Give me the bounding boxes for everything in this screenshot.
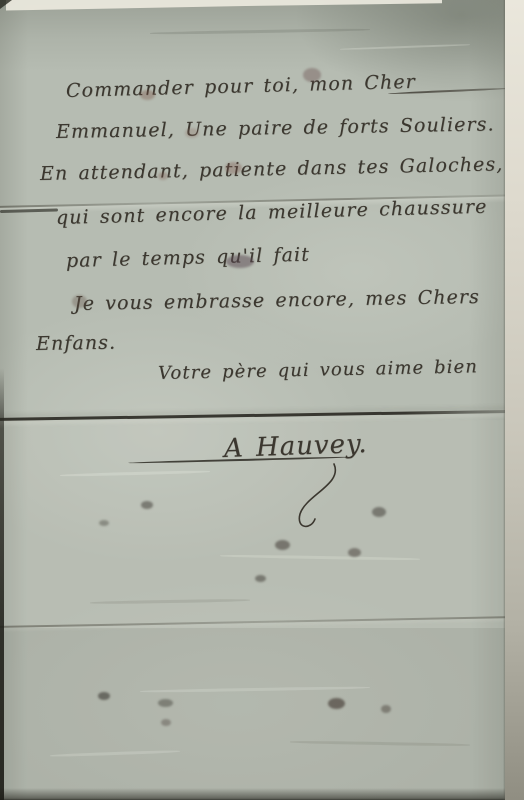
ink-stain [72,295,87,308]
letter-line-3: En attendant, patiente dans tes Galoches… [40,153,504,185]
letter-line-7: Enfans. [36,332,117,355]
ink-stain [158,172,168,180]
ink-stain [303,68,321,82]
ink-spot [141,501,153,509]
ink-spot [275,540,290,550]
page-left-edge-shadow [0,368,4,800]
ink-spot [348,548,361,557]
ink-spot [328,698,345,709]
photograph: Commander pour toi, mon Cher Emmanuel, U… [0,0,524,800]
ink-spot [98,692,110,700]
letter-line-5: par le temps qu'il fait [66,244,311,272]
ink-spot [99,520,109,526]
page-bottom-panel [0,628,524,800]
wrinkle-shadow [150,28,370,35]
ink-smudge [226,255,254,268]
signature-flourish [286,462,356,540]
ink-spot [161,719,171,726]
ink-spot [158,699,173,707]
letter-line-4: qui sont encore la meilleure chaussure [56,196,488,229]
adjacent-page-edge [505,0,524,800]
signature: A Hauvey. [223,429,368,464]
letter-closing-line: Votre père qui vous aime bien [158,356,478,384]
ink-spot [381,705,391,713]
ink-stain [185,128,199,138]
letter-line-2: Emmanuel, Une paire de forts Souliers. [56,113,495,143]
ink-spot [372,507,386,517]
fold-crease-middle [0,410,508,421]
letter-page: Commander pour toi, mon Cher Emmanuel, U… [0,0,524,800]
letter-line-6: Je vous embrasse encore, mes Chers [74,286,480,315]
ink-stain [140,90,155,100]
ink-spot [255,575,266,582]
page-top-edge [6,0,442,11]
letter-line-1: Commander pour toi, mon Cher [66,71,416,102]
page-bottom-edge-shadow [0,788,524,800]
ink-stain [225,162,242,174]
wrinkle-highlight [340,44,470,51]
